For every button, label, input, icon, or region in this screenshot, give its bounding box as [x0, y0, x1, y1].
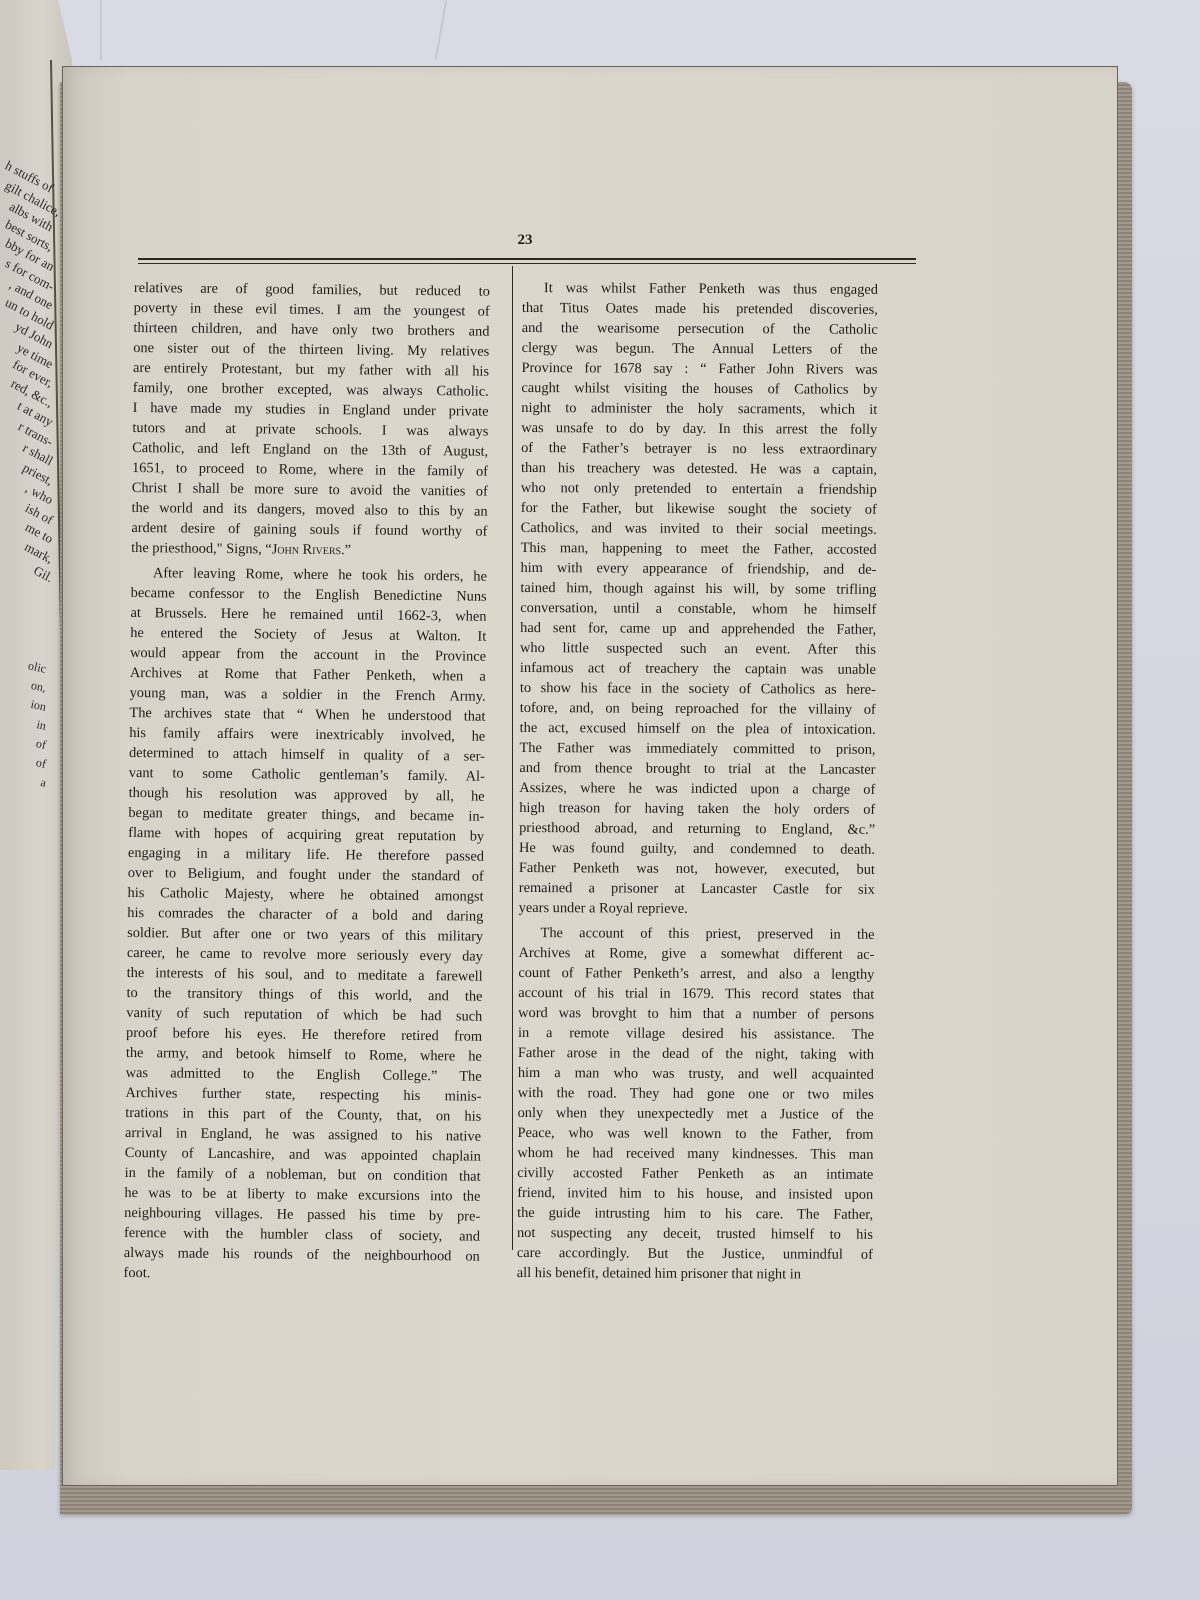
- text-line: Catholics, and was invited to their soci…: [521, 518, 877, 540]
- text-line: the guide intrusting him to his care. Th…: [517, 1203, 873, 1225]
- text-line: to show his face in the society of Catho…: [520, 678, 876, 700]
- text-line: than his treachery was detested. He was …: [521, 458, 877, 480]
- text-line: Province for 1678 say : “ Father John Ri…: [521, 358, 877, 380]
- text-line: who little suspected such an event. Afte…: [520, 638, 876, 660]
- text-line: in a remote village desired his assistan…: [518, 1023, 874, 1045]
- text-line: tofore, and, on being reproached for the…: [520, 698, 876, 720]
- text-line: had sent for, came up and apprehended th…: [520, 618, 876, 640]
- text-line: clergy was begun. The Annual Letters of …: [522, 338, 878, 360]
- text-line: Archives at Rome, give a somewhat differ…: [518, 943, 874, 965]
- text-line: conversation, until a constable, whom he…: [520, 598, 876, 620]
- text-line: The account of this priest, preserved in…: [519, 923, 875, 945]
- text-line: whom he had received many kindnesses. Th…: [517, 1143, 873, 1165]
- text-line: all his benefit, detained him prisoner t…: [517, 1263, 873, 1285]
- text-line: years under a Royal reprieve.: [519, 898, 875, 920]
- text-line: priesthood abroad, and returning to Engl…: [519, 818, 875, 840]
- right-text-column: It was whilst Father Penketh was thus en…: [517, 278, 878, 1290]
- text-line: word was brovght to him that a number of…: [518, 1003, 874, 1025]
- text-line: and from thence brought to trial at the …: [519, 758, 875, 780]
- text-line: This man, happening to meet the Father, …: [521, 538, 877, 560]
- text-line: tained him, though against his will, by …: [520, 578, 876, 600]
- text-line: high treason for having taken the holy o…: [519, 798, 875, 820]
- text-line: Father arose in the dead of the night, t…: [518, 1043, 874, 1065]
- text-line: night to administer the holy sacraments,…: [521, 398, 877, 420]
- text-line: remained a prisoner at Lancaster Castle …: [519, 878, 875, 900]
- text-line: the act, excused himself on the plea of …: [520, 718, 876, 740]
- paragraph: After leaving Rome, where he took his or…: [123, 563, 487, 1287]
- text-line: caught whilst visiting the houses of Cat…: [521, 378, 877, 400]
- text-line: not suspecting any deceit, trusted himse…: [517, 1223, 873, 1245]
- text-line: Father Penketh was not, however, execute…: [519, 858, 875, 880]
- text-line: only when they unexpectedly met a Justic…: [518, 1103, 874, 1125]
- text-line: The Father was immediately committed to …: [519, 738, 875, 760]
- left-text-column: relatives are of good families, but redu…: [123, 278, 490, 1292]
- text-line: him a man who was trusty, and well acqua…: [518, 1063, 874, 1085]
- background-crease: [100, 0, 102, 60]
- text-line: infamous act of treachery the captain wa…: [520, 658, 876, 680]
- text-line: that Titus Oates made his pretended disc…: [522, 298, 878, 320]
- text-line: civilly accosted Father Penketh as an in…: [517, 1163, 873, 1185]
- text-line: Assizes, where he was indicted upon a ch…: [519, 778, 875, 800]
- text-line: always made his rounds of the neighbourh…: [124, 1243, 480, 1267]
- text-line: of the Father’s betrayer is no less extr…: [521, 438, 877, 460]
- text-line: care accordingly. But the Justice, unmin…: [517, 1243, 873, 1265]
- text-line: friend, invited him to his house, and in…: [517, 1183, 873, 1205]
- paragraph: relatives are of good families, but redu…: [131, 278, 490, 562]
- text-line: who not only pretended to entertain a fr…: [521, 478, 877, 500]
- text-line: Peace, who was well known to the Father,…: [517, 1123, 873, 1145]
- text-line: foot.: [123, 1263, 479, 1287]
- text-line: with the road. They had gone one or two …: [518, 1083, 874, 1105]
- paragraph: The account of this priest, preserved in…: [517, 923, 875, 1285]
- text-line: He was found guilty, and condemned to de…: [519, 838, 875, 860]
- text-line: for the Father, but likewise sought the …: [521, 498, 877, 520]
- text-line: It was whilst Father Penketh was thus en…: [522, 278, 878, 300]
- text-line: the priesthood," Signs, “John Rivers.”: [131, 538, 487, 562]
- background-crease: [435, 0, 447, 59]
- text-line: count of Father Penketh’s arrest, and al…: [518, 963, 874, 985]
- text-line: was unsafe to do by day. In this arrest …: [521, 418, 877, 440]
- text-line: him with every appearance of friendship,…: [520, 558, 876, 580]
- header-rule: [138, 258, 916, 260]
- paragraph: It was whilst Father Penketh was thus en…: [519, 278, 878, 920]
- header-rule-thin: [138, 263, 916, 264]
- column-divider: [512, 266, 513, 1250]
- page-number: 23: [500, 232, 550, 249]
- text-line: and the wearisome persecution of the Cat…: [522, 318, 878, 340]
- text-line: account of his trial in 1679. This recor…: [518, 983, 874, 1005]
